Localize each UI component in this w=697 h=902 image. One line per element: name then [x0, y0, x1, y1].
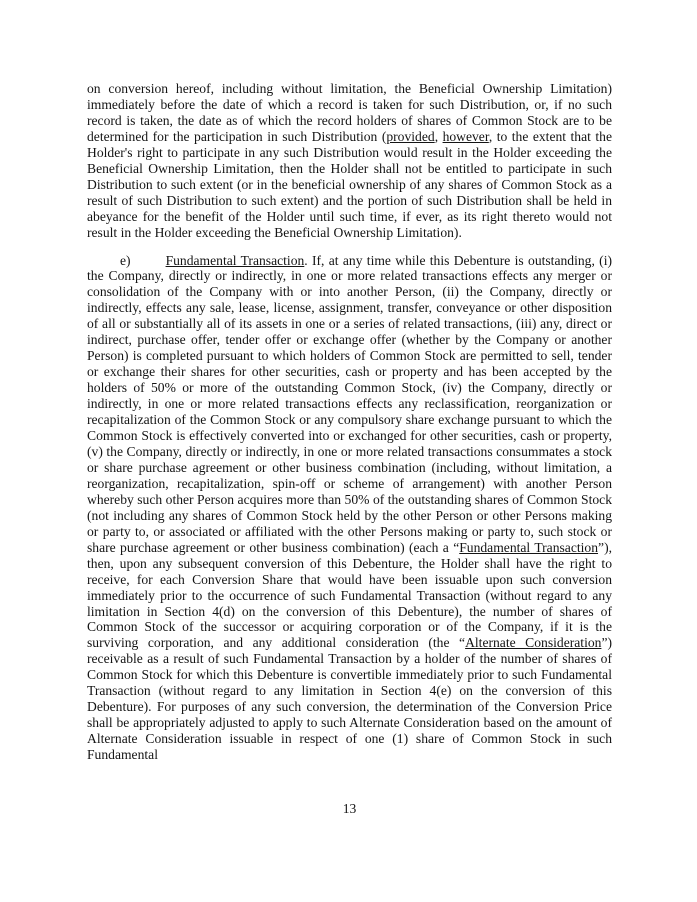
underlined-term: Alternate Consideration [465, 635, 601, 650]
underlined-term: Fundamental Transaction [166, 253, 305, 268]
text-run: , [435, 129, 443, 144]
paragraph: e)Fundamental Transaction. If, at any ti… [87, 253, 612, 764]
text-run: . If, at any time while this Debenture i… [87, 253, 612, 555]
underlined-term: provided [386, 129, 434, 144]
document-page: on conversion hereof, including without … [0, 0, 697, 902]
underlined-term: however [443, 129, 489, 144]
text-run: ”), then, upon any subsequent conversion… [87, 540, 612, 651]
underlined-term: Fundamental Transaction [459, 540, 598, 555]
text-run: e) [120, 253, 131, 268]
page-number: 13 [343, 801, 357, 816]
document-body: on conversion hereof, including without … [87, 81, 612, 763]
page-footer: 13 [87, 801, 612, 817]
paragraph: on conversion hereof, including without … [87, 81, 612, 241]
text-run: ”) receivable as a result of such Fundam… [87, 635, 612, 762]
text-run: , to the extent that the Holder's right … [87, 129, 612, 240]
